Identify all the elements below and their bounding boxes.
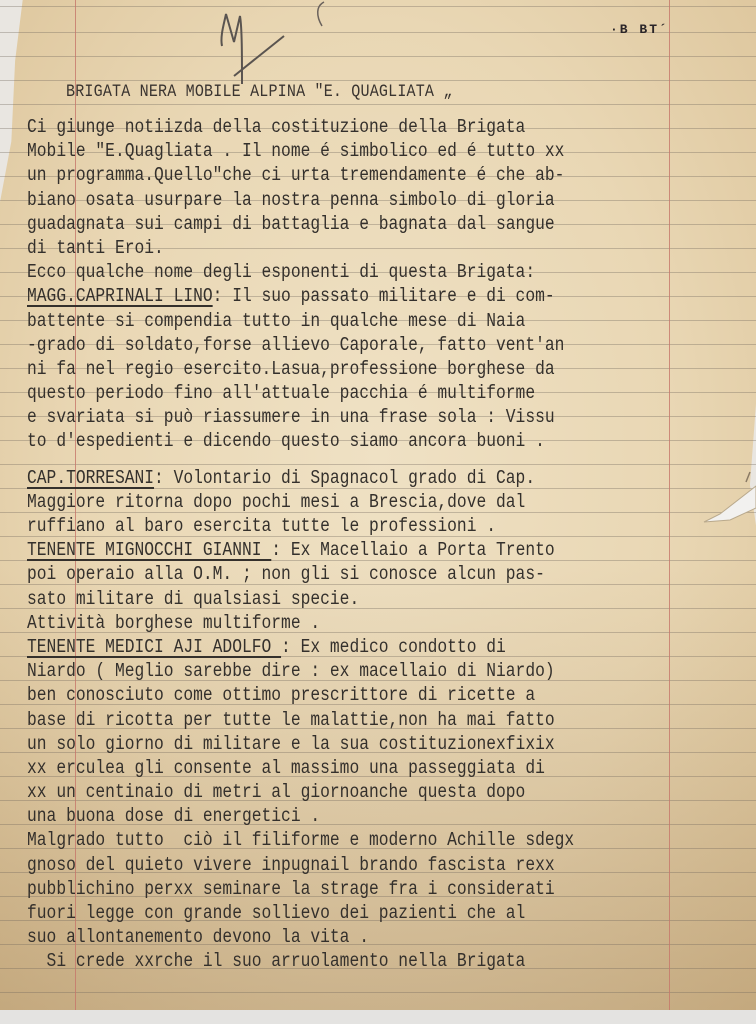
pencil-curl-icon (310, 0, 330, 30)
entry-name: TENENTE MIGNOCCHI GIANNI (27, 539, 271, 561)
text-line: suo allontanemento devono la vita . (27, 925, 756, 949)
text-line: una buona dose di energetici . (27, 804, 756, 828)
text-line: -grado di soldato,forse allievo Caporale… (27, 333, 756, 357)
text-line: fuori legge con grande sollievo dei pazi… (27, 901, 756, 925)
text-line: ni fa nel regio esercito.Lasua,professio… (27, 357, 756, 381)
text-line: un solo giorno di militare e la sua cost… (27, 732, 756, 756)
text-line: guadagnata sui campi di battaglia e bagn… (27, 212, 756, 236)
text-line: battente si compendia tutto in qualche m… (27, 309, 756, 333)
text-line: poi operaio alla O.M. ; non gli si conos… (27, 562, 756, 586)
text-line: sato militare di qualsiasi specie. (27, 587, 756, 611)
text-line: Attività borghese multiforme . (27, 611, 756, 635)
text-line: e svariata si può riassumere in una fras… (27, 405, 756, 429)
background-surface (0, 1010, 756, 1024)
text-line: xx un centinaio di metri al giornoanche … (27, 780, 756, 804)
entry-name: MAGG.CAPRINALI LINO (27, 285, 213, 307)
text-line: Ecco qualche nome degli esponenti di que… (27, 260, 756, 284)
text-line: xx erculea gli consente al massimo una p… (27, 756, 756, 780)
document-body: Ci giunge notiizda della costituzione de… (27, 115, 756, 974)
text-line: gnoso del quieto vivere inpugnail brando… (27, 853, 756, 877)
text-line: to d'espedienti e dicendo questo siamo a… (27, 429, 756, 453)
text-line: Mobile "E.Quagliata . Il nome é simbolic… (27, 139, 756, 163)
text-line: Maggiore ritorna dopo pochi mesi a Bresc… (27, 490, 756, 514)
text-line: Malgrado tutto ciò il filiforme e modern… (27, 828, 756, 852)
text-line: questo periodo fino all'attuale pacchia … (27, 381, 756, 405)
handwritten-mark-icon (212, 6, 292, 86)
text-line: : Volontario di Spagnacol grado di Cap. (154, 467, 535, 489)
text-line: biano osata usurpare la nostra penna sim… (27, 188, 756, 212)
text-line: ben conosciuto come ottimo prescrittore … (27, 683, 756, 707)
text-line: ruffiano al baro esercita tutte le profe… (27, 514, 756, 538)
text-line: di tanti Eroi. (27, 236, 756, 260)
text-line: : Ex Macellaio a Porta Trento (271, 539, 554, 561)
text-line: Niardo ( Meglio sarebbe dire : ex macell… (27, 659, 756, 683)
text-line: Ci giunge notiizda della costituzione de… (27, 115, 756, 139)
text-line: base di ricotta per tutte le malattie,no… (27, 708, 756, 732)
text-line: Si crede xxrche il suo arruolamento nell… (27, 949, 756, 973)
text-line: : Il suo passato militare e di com- (213, 285, 555, 307)
entry-caprinali: MAGG.CAPRINALI LINO: Il suo passato mili… (27, 284, 756, 308)
entry-mignocchi: TENENTE MIGNOCCHI GIANNI : Ex Macellaio … (27, 538, 756, 562)
text-line: un programma.Quello"che ci urta tremenda… (27, 163, 756, 187)
stamp-code: ·B BT´ (610, 22, 669, 37)
text-line: pubblichino perxx seminare la strage fra… (27, 877, 756, 901)
entry-name: TENENTE MEDICI AJI ADOLFO (27, 636, 281, 658)
entry-torresani: CAP.TORRESANI: Volontario di Spagnacol g… (27, 466, 756, 490)
text-line: : Ex medico condotto di (281, 636, 506, 658)
entry-name: CAP.TORRESANI (27, 467, 154, 489)
entry-medici: TENENTE MEDICI AJI ADOLFO : Ex medico co… (27, 635, 756, 659)
document-title: BRIGATA NERA MOBILE ALPINA "E. QUAGLIATA… (66, 82, 453, 102)
spacer (27, 454, 756, 466)
torn-corner (700, 468, 756, 528)
